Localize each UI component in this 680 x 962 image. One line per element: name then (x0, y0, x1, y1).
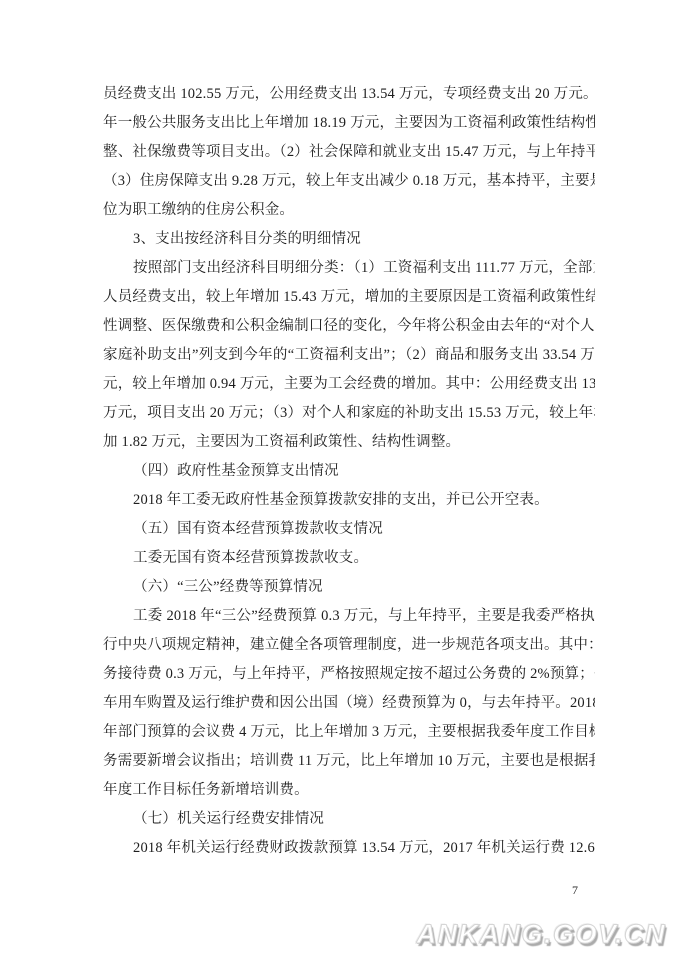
text-line: 加 1.82 万元，主要因为工资福利政策性、结构性调整。 (103, 428, 595, 457)
text-line: 年度工作目标任务新增培训费。 (103, 776, 595, 805)
text-line: （六）“三公”经费等预算情况 (103, 573, 595, 602)
text-line: 员经费支出 102.55 万元，公用经费支出 13.54 万元，专项经费支出 2… (103, 80, 595, 109)
text-line: 元，较上年增加 0.94 万元，主要为工会经费的增加。其中：公用经费支出 13.… (103, 370, 595, 399)
text-line: 工委无国有资本经营预算拨款收支。 (103, 544, 595, 573)
text-line: （五）国有资本经营预算拨款收支情况 (103, 515, 595, 544)
text-line: 行中央八项规定精神，建立健全各项管理制度，进一步规范各项支出。其中：公 (103, 631, 595, 660)
text-line: 家庭补助支出”列支到今年的“工资福利支出”；（2）商品和服务支出 33.54 万 (103, 341, 595, 370)
text-line: 车用车购置及运行维护费和因公出国（境）经费预算为 0，与去年持平。2018 (103, 689, 595, 718)
text-line: 年一般公共服务支出比上年增加 18.19 万元，主要因为工资福利政策性结构性调 (103, 109, 595, 138)
text-line: 性调整、医保缴费和公积金编制口径的变化，今年将公积金由去年的“对个人和 (103, 312, 595, 341)
text-line: （七）机关运行经费安排情况 (103, 805, 595, 834)
text-line: （四）政府性基金预算支出情况 (103, 457, 595, 486)
text-line: 年部门预算的会议费 4 万元，比上年增加 3 万元，主要根据我委年度工作目标任 (103, 718, 595, 747)
text-line: 按照部门支出经济科目明细分类：（1）工资福利支出 111.77 万元，全部为 (103, 254, 595, 283)
page-number: 7 (567, 882, 583, 898)
text-line: 2018 年工委无政府性基金预算拨款安排的支出，并已公开空表。 (103, 486, 595, 515)
text-line: 2018 年机关运行经费财政拨款预算 13.54 万元，2017 年机关运行费 … (103, 834, 595, 863)
text-line: 人员经费支出，较上年增加 15.43 万元，增加的主要原因是工资福利政策性结构 (103, 283, 595, 312)
document-page: 员经费支出 102.55 万元，公用经费支出 13.54 万元，专项经费支出 2… (0, 0, 680, 962)
text-line: 务接待费 0.3 万元，与上年持平，严格按照规定按不超过公务费的 2%预算；公 (103, 660, 595, 689)
text-line: 3、支出按经济科目分类的明细情况 (103, 225, 595, 254)
text-line: 位为职工缴纳的住房公积金。 (103, 196, 595, 225)
text-line: 万元，项目支出 20 万元；（3）对个人和家庭的补助支出 15.53 万元，较上… (103, 399, 595, 428)
document-body: 员经费支出 102.55 万元，公用经费支出 13.54 万元，专项经费支出 2… (103, 80, 595, 863)
text-line: 整、社保缴费等项目支出。（2）社会保障和就业支出 15.47 万元，与上年持平； (103, 138, 595, 167)
text-line: 工委 2018 年“三公”经费预算 0.3 万元，与上年持平，主要是我委严格执 (103, 602, 595, 631)
text-line: （3）住房保障支出 9.28 万元，较上年支出减少 0.18 万元，基本持平，主… (103, 167, 595, 196)
ankang-gov-watermark: ANKANG.GOV.CN (416, 919, 666, 950)
text-line: 务需要新增会议指出；培训费 11 万元，比上年增加 10 万元，主要也是根据我委 (103, 747, 595, 776)
